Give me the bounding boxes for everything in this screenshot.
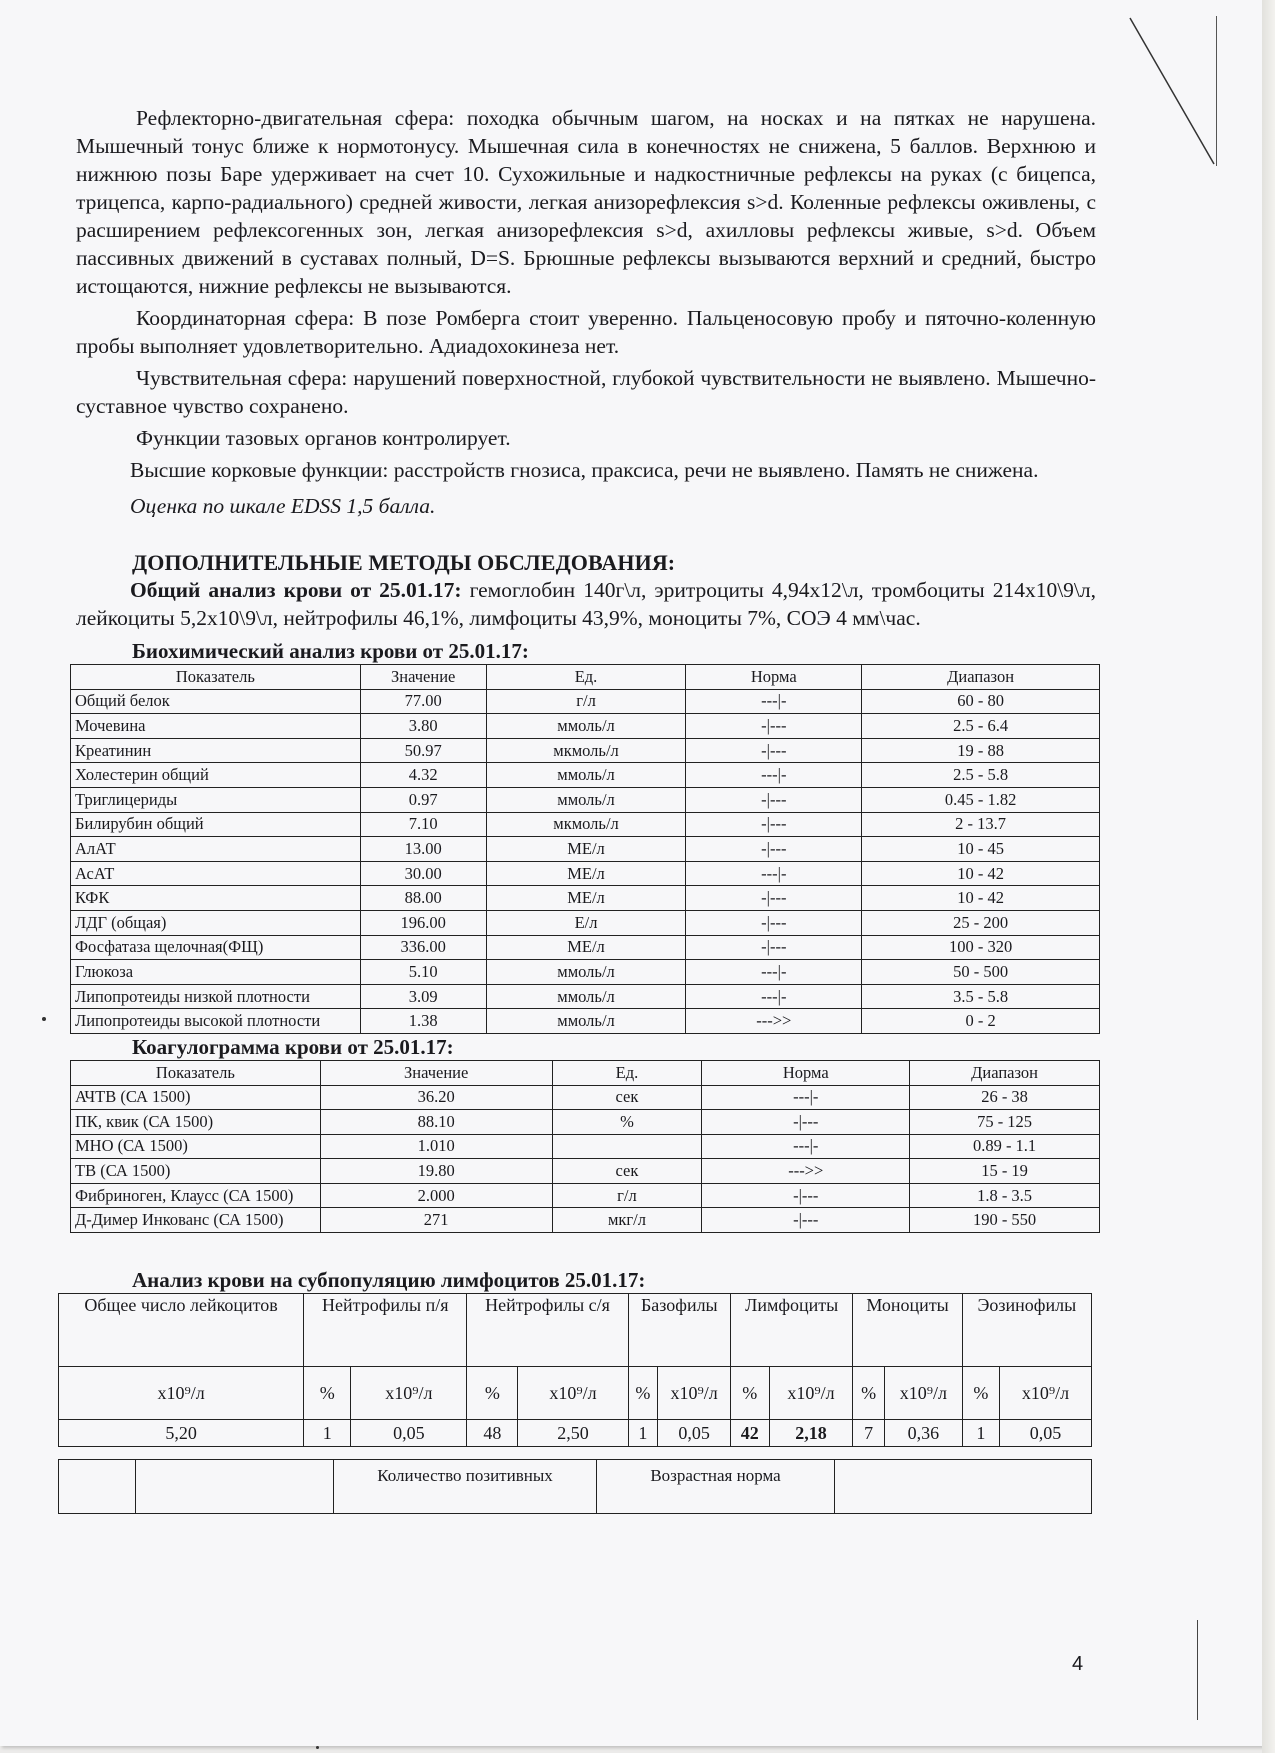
norm-cell: -|---	[686, 837, 862, 862]
norm-cell: -|---	[686, 812, 862, 837]
header-range: Диапазон	[910, 1060, 1100, 1085]
table-row: Холестерин общий4.32ммоль/л---|-2.5 - 5.…	[71, 763, 1100, 788]
range-cell: 19 - 88	[862, 738, 1100, 763]
cbc-paragraph: Общий анализ крови от 25.01.17: гемоглоб…	[76, 576, 1096, 632]
table-row: ТВ (СА 1500)19.80сек--->>15 - 19	[71, 1159, 1100, 1184]
value-cell: 0.97	[360, 787, 486, 812]
coag-title: Коагулограмма крови от 25.01.17:	[132, 1034, 1096, 1060]
subpop-group-row: Общее число лейкоцитовНейтрофилы п/яНейт…	[59, 1294, 1092, 1367]
indicator-cell: Общий белок	[71, 689, 361, 714]
unit-cell: сек	[552, 1159, 702, 1184]
subpop-value-cell: 1	[304, 1420, 351, 1447]
subpop-unit-cell: х10⁹/л	[999, 1367, 1091, 1420]
value-cell: 88.00	[360, 886, 486, 911]
range-cell: 15 - 19	[910, 1159, 1100, 1184]
biochem-table: Показатель Значение Ед. Норма Диапазон О…	[70, 664, 1100, 1034]
range-cell: 25 - 200	[862, 910, 1100, 935]
indicator-cell: Триглицериды	[71, 787, 361, 812]
norm-cell: ---|-	[686, 689, 862, 714]
table-row: Липопротеиды высокой плотности1.38ммоль/…	[71, 1009, 1100, 1034]
pelvic-paragraph: Функции тазовых органов контролирует.	[76, 424, 1096, 452]
indicator-cell: Д-Димер Инкованс (СА 1500)	[71, 1208, 321, 1233]
section-title: ДОПОЛНИТЕЛЬНЫЕ МЕТОДЫ ОБСЛЕДОВАНИЯ:	[132, 550, 1096, 576]
header-unit: Ед.	[552, 1060, 702, 1085]
unit-cell: МЕ/л	[486, 837, 686, 862]
norm-cell: ---|-	[686, 861, 862, 886]
unit-cell: мкмоль/л	[486, 812, 686, 837]
indicator-cell: Липопротеиды низкой плотности	[71, 984, 361, 1009]
unit-cell: ммоль/л	[486, 984, 686, 1009]
subpop-unit-cell: х10⁹/л	[884, 1367, 962, 1420]
subpop-unit-row: х10⁹/л%х10⁹/л%х10⁹/л%х10⁹/л%х10⁹/л%х10⁹/…	[59, 1367, 1092, 1420]
unit-cell: МЕ/л	[486, 886, 686, 911]
subpop-table: Общее число лейкоцитовНейтрофилы п/яНейт…	[58, 1293, 1092, 1447]
norm-cell: -|---	[702, 1183, 910, 1208]
subpop-value-cell: 42	[730, 1420, 769, 1447]
unit-cell: МЕ/л	[486, 935, 686, 960]
range-cell: 0.45 - 1.82	[862, 787, 1100, 812]
page-number: 4	[1072, 1653, 1083, 1676]
subpop-group-header: Лимфоциты	[730, 1294, 852, 1367]
unit-cell: %	[552, 1110, 702, 1135]
range-cell: 60 - 80	[862, 689, 1100, 714]
subpop-value-cell: 2,18	[769, 1420, 853, 1447]
header-norm: Норма	[702, 1060, 910, 1085]
header-value: Значение	[320, 1060, 552, 1085]
norm-cell: ---|-	[686, 984, 862, 1009]
value-cell: 13.00	[360, 837, 486, 862]
range-cell: 10 - 45	[862, 837, 1100, 862]
header-indicator: Показатель	[71, 665, 361, 690]
positive-count-header: Количество позитивных	[334, 1460, 597, 1514]
unit-cell: г/л	[486, 689, 686, 714]
range-cell: 100 - 320	[862, 935, 1100, 960]
table-row: Липопротеиды низкой плотности3.09ммоль/л…	[71, 984, 1100, 1009]
norm-cell: -|---	[702, 1110, 910, 1135]
indicator-cell: АлАТ	[71, 837, 361, 862]
indicator-cell: Билирубин общий	[71, 812, 361, 837]
subpop-value-cell: 0,05	[351, 1420, 467, 1447]
range-cell: 26 - 38	[910, 1085, 1100, 1110]
range-cell: 2.5 - 5.8	[862, 763, 1100, 788]
norm-cell: ---|-	[686, 960, 862, 985]
table-row: Мочевина3.80ммоль/л-|---2.5 - 6.4	[71, 714, 1100, 739]
norm-cell: ---|-	[686, 763, 862, 788]
subpop-unit-cell: х10⁹/л	[658, 1367, 731, 1420]
unit-cell: ммоль/л	[486, 763, 686, 788]
additional-table-row: Количество позитивных Возрастная норма	[59, 1460, 1092, 1514]
norm-cell: --->>	[686, 1009, 862, 1034]
indicator-cell: Фибриноген, Клаусс (СА 1500)	[71, 1183, 321, 1208]
table-row: Общий белок77.00г/л---|-60 - 80	[71, 689, 1100, 714]
table-row: АсАТ30.00МЕ/л---|-10 - 42	[71, 861, 1100, 886]
empty-cell	[835, 1460, 1092, 1514]
value-cell: 77.00	[360, 689, 486, 714]
header-unit: Ед.	[486, 665, 686, 690]
indicator-cell: Креатинин	[71, 738, 361, 763]
table-row: Глюкоза5.10ммоль/л---|-50 - 500	[71, 960, 1100, 985]
value-cell: 271	[320, 1208, 552, 1233]
value-cell: 336.00	[360, 935, 486, 960]
additional-table: Количество позитивных Возрастная норма	[58, 1459, 1092, 1514]
indicator-cell: МНО (СА 1500)	[71, 1134, 321, 1159]
subpop-unit-cell: %	[853, 1367, 885, 1420]
coordination-paragraph: Координаторная сфера: В позе Ромберга ст…	[76, 304, 1096, 360]
subpop-unit-cell: х10⁹/л	[59, 1367, 304, 1420]
value-cell: 1.010	[320, 1134, 552, 1159]
unit-cell: ммоль/л	[486, 1009, 686, 1034]
reflex-motor-paragraph: Рефлекторно-двигательная сфера: походка …	[76, 104, 1096, 300]
coag-table: Показатель Значение Ед. Норма Диапазон А…	[70, 1060, 1100, 1233]
value-cell: 36.20	[320, 1085, 552, 1110]
unit-cell	[552, 1134, 702, 1159]
empty-cell	[59, 1460, 136, 1514]
subpop-value-cell: 7	[853, 1420, 885, 1447]
header-indicator: Показатель	[71, 1060, 321, 1085]
subpop-value-row: 5,2010,05482,5010,05422,1870,3610,05	[59, 1420, 1092, 1447]
value-cell: 50.97	[360, 738, 486, 763]
scan-speck	[316, 1746, 319, 1749]
subpop-group-header: Моноциты	[853, 1294, 962, 1367]
unit-cell: ммоль/л	[486, 960, 686, 985]
indicator-cell: Холестерин общий	[71, 763, 361, 788]
indicator-cell: Липопротеиды высокой плотности	[71, 1009, 361, 1034]
indicator-cell: КФК	[71, 886, 361, 911]
unit-cell: мкг/л	[552, 1208, 702, 1233]
range-cell: 1.8 - 3.5	[910, 1183, 1100, 1208]
unit-cell: Е/л	[486, 910, 686, 935]
value-cell: 3.09	[360, 984, 486, 1009]
unit-cell: ммоль/л	[486, 714, 686, 739]
subpop-unit-cell: %	[467, 1367, 518, 1420]
document-body: Рефлекторно-двигательная сфера: походка …	[76, 104, 1096, 1514]
subpop-value-cell: 5,20	[59, 1420, 304, 1447]
value-cell: 1.38	[360, 1009, 486, 1034]
indicator-cell: ЛДГ (общая)	[71, 910, 361, 935]
coag-header-row: Показатель Значение Ед. Норма Диапазон	[71, 1060, 1100, 1085]
subpop-value-cell: 0,05	[658, 1420, 731, 1447]
subpop-unit-cell: х10⁹/л	[769, 1367, 853, 1420]
header-range: Диапазон	[862, 665, 1100, 690]
subpop-group-header: Общее число лейкоцитов	[59, 1294, 304, 1367]
norm-cell: ---|-	[702, 1085, 910, 1110]
cortical-paragraph: Высшие корковые функции: расстройств гно…	[76, 456, 1096, 484]
table-row: АЧТВ (СА 1500)36.20сек---|-26 - 38	[71, 1085, 1100, 1110]
range-cell: 10 - 42	[862, 861, 1100, 886]
scan-speck	[42, 1017, 46, 1021]
subpop-value-cell: 0,05	[999, 1420, 1091, 1447]
norm-cell: -|---	[702, 1208, 910, 1233]
norm-cell: -|---	[686, 935, 862, 960]
range-cell: 3.5 - 5.8	[862, 984, 1100, 1009]
range-cell: 0.89 - 1.1	[910, 1134, 1100, 1159]
indicator-cell: АЧТВ (СА 1500)	[71, 1085, 321, 1110]
table-row: ЛДГ (общая)196.00Е/л-|---25 - 200	[71, 910, 1100, 935]
value-cell: 7.10	[360, 812, 486, 837]
table-row: АлАТ13.00МЕ/л-|---10 - 45	[71, 837, 1100, 862]
table-row: МНО (СА 1500)1.010---|-0.89 - 1.1	[71, 1134, 1100, 1159]
header-norm: Норма	[686, 665, 862, 690]
range-cell: 2 - 13.7	[862, 812, 1100, 837]
subpop-unit-cell: %	[962, 1367, 999, 1420]
header-value: Значение	[360, 665, 486, 690]
range-cell: 75 - 125	[910, 1110, 1100, 1135]
biochem-title: Биохимический анализ крови от 25.01.17:	[132, 638, 1096, 664]
subpop-unit-cell: х10⁹/л	[518, 1367, 628, 1420]
unit-cell: мкмоль/л	[486, 738, 686, 763]
range-cell: 190 - 550	[910, 1208, 1100, 1233]
subpop-value-cell: 48	[467, 1420, 518, 1447]
subpop-value-cell: 1	[628, 1420, 658, 1447]
table-row: Фосфатаза щелочная(ФЩ)336.00МЕ/л-|---100…	[71, 935, 1100, 960]
subpop-group-header: Эозинофилы	[962, 1294, 1091, 1367]
value-cell: 5.10	[360, 960, 486, 985]
edss-score: Оценка по шкале EDSS 1,5 балла.	[76, 492, 1096, 520]
norm-cell: -|---	[686, 738, 862, 763]
unit-cell: ммоль/л	[486, 787, 686, 812]
margin-line	[1197, 1620, 1198, 1720]
page-edge	[1262, 0, 1275, 1753]
range-cell: 50 - 500	[862, 960, 1100, 985]
age-norm-header: Возрастная норма	[597, 1460, 835, 1514]
indicator-cell: Фосфатаза щелочная(ФЩ)	[71, 935, 361, 960]
norm-cell: ---|-	[702, 1134, 910, 1159]
indicator-cell: Мочевина	[71, 714, 361, 739]
value-cell: 88.10	[320, 1110, 552, 1135]
subpop-value-cell: 0,36	[884, 1420, 962, 1447]
indicator-cell: ПК, квик (СА 1500)	[71, 1110, 321, 1135]
subpop-group-header: Нейтрофилы с/я	[467, 1294, 628, 1367]
indicator-cell: Глюкоза	[71, 960, 361, 985]
table-row: Триглицериды0.97ммоль/л-|---0.45 - 1.82	[71, 787, 1100, 812]
norm-cell: --->>	[702, 1159, 910, 1184]
range-cell: 0 - 2	[862, 1009, 1100, 1034]
table-row: Билирубин общий7.10мкмоль/л-|---2 - 13.7	[71, 812, 1100, 837]
table-row: Д-Димер Инкованс (СА 1500)271мкг/л-|---1…	[71, 1208, 1100, 1233]
norm-cell: -|---	[686, 886, 862, 911]
subpop-value-cell: 2,50	[518, 1420, 628, 1447]
table-row: КФК88.00МЕ/л-|---10 - 42	[71, 886, 1100, 911]
table-row: ПК, квик (СА 1500)88.10%-|---75 - 125	[71, 1110, 1100, 1135]
cbc-label: Общий анализ крови от 25.01.17:	[130, 578, 462, 602]
sensory-paragraph: Чувствительная сфера: нарушений поверхно…	[76, 364, 1096, 420]
norm-cell: -|---	[686, 714, 862, 739]
unit-cell: МЕ/л	[486, 861, 686, 886]
subpop-title: Анализ крови на субпопуляцию лимфоцитов …	[132, 1267, 1096, 1293]
range-cell: 2.5 - 6.4	[862, 714, 1100, 739]
value-cell: 30.00	[360, 861, 486, 886]
table-row: Фибриноген, Клаусс (СА 1500)2.000г/л-|--…	[71, 1183, 1100, 1208]
subpop-group-header: Базофилы	[628, 1294, 730, 1367]
value-cell: 19.80	[320, 1159, 552, 1184]
value-cell: 3.80	[360, 714, 486, 739]
norm-cell: -|---	[686, 787, 862, 812]
subpop-group-header: Нейтрофилы п/я	[304, 1294, 467, 1367]
indicator-cell: АсАТ	[71, 861, 361, 886]
table-row: Креатинин50.97мкмоль/л-|---19 - 88	[71, 738, 1100, 763]
unit-cell: сек	[552, 1085, 702, 1110]
subpop-unit-cell: х10⁹/л	[351, 1367, 467, 1420]
empty-cell	[136, 1460, 334, 1514]
subpop-value-cell: 1	[962, 1420, 999, 1447]
unit-cell: г/л	[552, 1183, 702, 1208]
value-cell: 196.00	[360, 910, 486, 935]
range-cell: 10 - 42	[862, 886, 1100, 911]
corner-fold-mark	[1128, 16, 1217, 166]
indicator-cell: ТВ (СА 1500)	[71, 1159, 321, 1184]
value-cell: 4.32	[360, 763, 486, 788]
subpop-unit-cell: %	[730, 1367, 769, 1420]
norm-cell: -|---	[686, 910, 862, 935]
biochem-header-row: Показатель Значение Ед. Норма Диапазон	[71, 665, 1100, 690]
subpop-unit-cell: %	[304, 1367, 351, 1420]
subpop-unit-cell: %	[628, 1367, 658, 1420]
value-cell: 2.000	[320, 1183, 552, 1208]
